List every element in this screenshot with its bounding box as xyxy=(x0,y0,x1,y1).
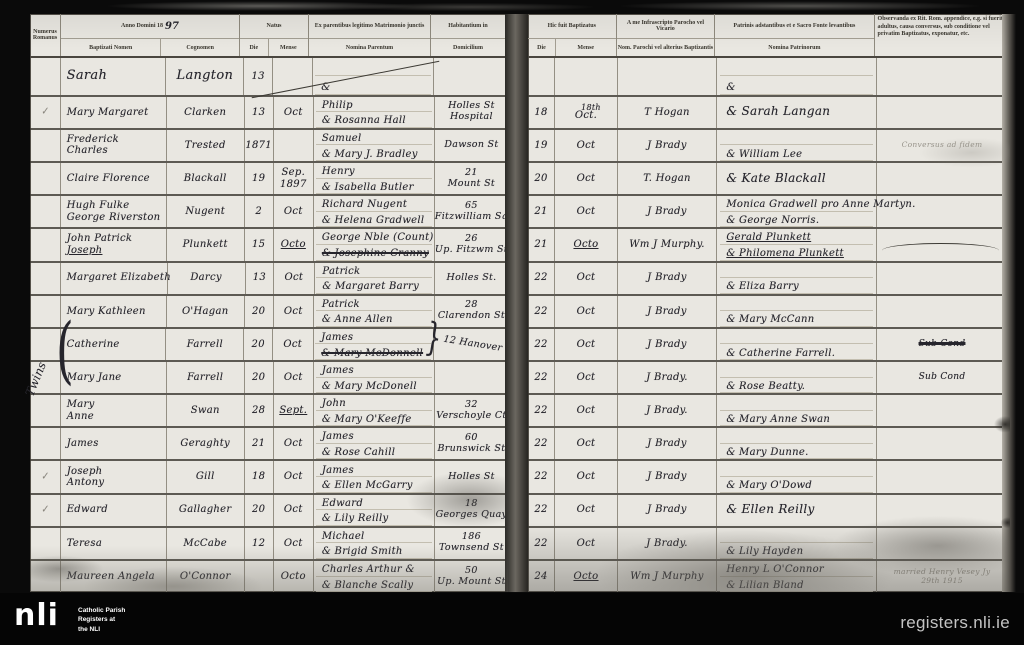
cell-bapt-mense: Oct xyxy=(555,263,618,294)
register-row-right: 22OctJ Brady& Eliza Barry xyxy=(528,263,1010,296)
parent-name: & Mary J. Bradley xyxy=(322,149,418,161)
cognomen-text: Clarken xyxy=(184,107,226,119)
header-domicile-group: Habitantium in Domicilium xyxy=(431,14,505,56)
cell-die: 21 xyxy=(245,428,274,459)
die-text: 15 xyxy=(252,239,265,251)
check-mark: ✓ xyxy=(40,107,50,119)
ruled-line: Charles Arthur & xyxy=(316,561,432,577)
cell-baptizans: J Brady. xyxy=(618,362,717,393)
cell-bapt-die: 19 xyxy=(528,130,555,161)
cell-die: 20 xyxy=(245,362,274,393)
patrinus-name: & Ellen Reilly xyxy=(726,503,814,517)
mense-line: Oct xyxy=(284,538,303,550)
ruled-line: & Josephine Cranny xyxy=(316,245,432,261)
ruled-line xyxy=(720,528,872,544)
cell-check xyxy=(30,263,61,294)
cell-name: Mary Jane xyxy=(61,362,167,393)
cell-check xyxy=(30,163,61,194)
die-text: 19 xyxy=(252,173,265,185)
cell-cognomen: Blackall xyxy=(167,163,245,194)
domicile-line: 21 xyxy=(465,168,478,179)
cell-baptizans: T Hogan xyxy=(618,97,717,128)
register-scan: Numerus Romanus Anno Domini 18 97 Baptiz… xyxy=(0,0,1024,593)
cell-bapt-die: 22 xyxy=(528,329,555,360)
header-anno-group: Anno Domini 18 97 Baptizati Nomen Cognom… xyxy=(61,14,240,56)
header-patrini-group: Patrinis adstantibus et e Sacro Fonte le… xyxy=(715,14,874,56)
header-parents-group: Ex parentibus legitimo Matrimonio juncti… xyxy=(309,14,431,56)
cell-baptizans: J Brady xyxy=(618,495,717,526)
cell-name: Teresa xyxy=(61,528,167,559)
cell-domicile: }12 Hanover St xyxy=(432,323,510,365)
ruled-line: & Mary J. Bradley xyxy=(316,145,432,161)
ruled-line: & William Lee xyxy=(720,145,872,161)
cell-cognomen: O'Connor xyxy=(167,561,245,592)
name-line: Hugh Fulke xyxy=(67,200,130,212)
header-baptizatus-top: Hic fuit Baptizatus xyxy=(528,14,616,38)
parent-name: & Rosanna Hall xyxy=(322,115,406,127)
cell-die: 2 xyxy=(245,196,274,227)
cell-cognomen: Nugent xyxy=(167,196,245,227)
domicile-line: Brunswick St xyxy=(437,444,505,455)
cell-mense: Oct xyxy=(274,495,315,526)
name-line: James xyxy=(67,438,99,450)
mense-line: Oct xyxy=(284,372,303,384)
bapt-mense-line: Oct xyxy=(577,538,596,550)
header-parocho-top: A me Infrascripto Parocho vel Vicario xyxy=(617,14,715,38)
right-page: Hic fuit Baptizatus Die Mense A me Infra… xyxy=(528,14,1010,592)
parent-name: James xyxy=(321,332,353,344)
cell-mense: Oct xyxy=(274,263,314,294)
domicile-line: Clarendon St xyxy=(438,311,505,322)
ruled-line xyxy=(720,395,872,411)
patrinus-name: & Mary McCann xyxy=(726,314,814,326)
parent-name: James xyxy=(322,431,354,443)
bapt-die-text: 20 xyxy=(534,173,547,185)
cell-patrini: & Catherine Farrell. xyxy=(717,329,877,360)
cell-domicile: Holles St xyxy=(435,461,508,492)
cell-mense: Sep.1897 xyxy=(274,163,315,194)
header-patrini-sub: Nomina Patrinorum xyxy=(715,39,873,56)
header-bapt-mense: Mense xyxy=(556,39,616,56)
cell-parents: James& Mary McDonnell xyxy=(314,329,434,360)
parent-name: Philip xyxy=(322,100,353,112)
cell-domicile: 21Mount St xyxy=(435,163,508,194)
cell-baptizans: J Brady. xyxy=(618,395,717,426)
baptizans-name: T. Hogan xyxy=(643,173,691,185)
cell-die: 12 xyxy=(245,528,274,559)
die-text: 21 xyxy=(252,438,265,450)
ruled-line: & Rose Cahill xyxy=(316,444,432,460)
domicile-line: 50 xyxy=(465,566,478,577)
cell-baptizans: J Brady. xyxy=(618,528,717,559)
cell-bapt-mense: Octo xyxy=(555,229,618,260)
bapt-die-text: 22 xyxy=(534,538,547,550)
parent-name: Richard Nugent xyxy=(322,199,407,211)
cell-bapt-die xyxy=(528,58,555,95)
cell-die: 20 xyxy=(245,495,274,526)
cell-baptizans: J Brady xyxy=(618,296,717,327)
cell-mense: Octo xyxy=(274,229,315,260)
register-row-right: 22OctJ Brady& Mary McCann xyxy=(528,296,1010,329)
ruled-line: & Mary O'Keeffe xyxy=(316,411,432,427)
parent-name: & Anne Allen xyxy=(322,314,393,326)
baptizans-name: J Brady. xyxy=(646,372,688,384)
cell-mense: Oct xyxy=(273,329,314,360)
nli-caption-line2: Registers at xyxy=(78,615,125,624)
parent-name: Samuel xyxy=(322,133,362,145)
mense-line: Sep. xyxy=(282,167,306,179)
cell-patrini: & Mary O'Dowd xyxy=(717,461,877,492)
cell-parents: Philip& Rosanna Hall xyxy=(314,97,435,128)
name-line: Frederick xyxy=(67,134,119,146)
parent-name: James xyxy=(322,365,354,377)
ruled-line: & Sarah Langan xyxy=(720,97,872,128)
left-page: Numerus Romanus Anno Domini 18 97 Baptiz… xyxy=(30,14,508,592)
ruled-line: & Lilian Bland xyxy=(720,577,872,593)
check-mark: ✓ xyxy=(40,471,50,483)
patrinus-name: & xyxy=(726,82,735,94)
cell-bapt-mense: Oct xyxy=(555,296,618,327)
cell-cognomen: Trested xyxy=(167,130,245,161)
baptizans-name: J Brady xyxy=(647,504,686,516)
cell-name: FrederickCharles xyxy=(61,130,167,161)
cognomen-text: Nugent xyxy=(185,206,225,218)
cell-mense: Octo xyxy=(274,561,315,592)
ruled-line xyxy=(720,428,872,444)
mense-line: Octo xyxy=(281,571,306,583)
bapt-mense-line: Oct xyxy=(577,405,596,417)
name-line: Mary xyxy=(67,399,95,411)
twins-brace: ( xyxy=(56,315,74,388)
header-natus: Natus xyxy=(240,14,308,38)
observanda-note: Sub Cond xyxy=(919,372,966,382)
cell-check xyxy=(30,561,61,592)
bapt-mense-line: Oct xyxy=(577,173,596,185)
bapt-mense-line: Oct xyxy=(577,306,596,318)
header-numerus: Numerus Romanus xyxy=(30,14,61,56)
die-text: 13 xyxy=(253,272,266,284)
bapt-mense-line: Oct xyxy=(577,339,596,351)
observanda-note: 29th 1915 xyxy=(921,577,963,586)
parent-name: & Mary McDonell xyxy=(322,381,417,393)
cell-name: Mary Margaret xyxy=(61,97,167,128)
observanda-note: Conversus ad fidem xyxy=(902,141,983,150)
bapt-die-text: 22 xyxy=(534,438,547,450)
check-mark: ✓ xyxy=(40,504,50,516)
right-page-body: &1818thOct.T Hogan& Sarah Langan19OctJ B… xyxy=(528,58,1010,592)
bapt-die-text: 18 xyxy=(534,107,547,119)
bapt-mense-line: Oct xyxy=(577,140,596,152)
header-habit-sub: Domicilium xyxy=(431,39,505,56)
cell-observanda xyxy=(877,395,1007,426)
name-line: Sarah xyxy=(67,69,108,84)
register-row-right: 22OctJ Brady.& Rose Beatty.Sub Cond xyxy=(528,362,1010,395)
cell-parents: James& Mary McDonell xyxy=(314,362,435,393)
cell-bapt-mense: Oct xyxy=(555,428,618,459)
cell-bapt-die: 22 xyxy=(528,461,555,492)
patrinus-name: & Lilian Bland xyxy=(726,580,803,592)
ruled-line: & Margaret Barry xyxy=(316,278,432,294)
cell-cognomen: Gill xyxy=(167,461,245,492)
baptizans-name: J Brady. xyxy=(646,538,688,550)
bapt-mense-line: Oct xyxy=(577,471,596,483)
nli-caption-line1: Catholic Parish xyxy=(78,606,125,615)
baptizans-name: T Hogan xyxy=(644,107,690,119)
name-line: Teresa xyxy=(67,538,102,550)
cognomen-text: Geraghty xyxy=(180,438,230,450)
ruled-line: James xyxy=(316,362,432,378)
parent-name: John xyxy=(322,398,346,410)
name-line: George Riverston xyxy=(67,212,161,224)
parent-name: & Lily Reilly xyxy=(322,513,389,525)
parent-name: & Blanche Scally xyxy=(322,580,413,592)
cognomen-text: Farrell xyxy=(187,372,223,384)
domicile-line: Georges Quay xyxy=(436,510,508,521)
cell-mense: Oct xyxy=(274,528,315,559)
cell-die: 20 xyxy=(245,296,274,327)
cell-cognomen: Darcy xyxy=(168,263,246,294)
name-line: Joseph xyxy=(67,466,103,478)
name-line: Edward xyxy=(67,504,108,516)
cell-bapt-die: 24 xyxy=(528,561,555,592)
cell-bapt-die: 22 xyxy=(528,528,555,559)
ruled-line: James xyxy=(315,329,431,345)
cognomen-text: O'Hagan xyxy=(182,306,229,318)
header-cognomen: Cognomen xyxy=(161,39,239,56)
cell-name: JosephAntony xyxy=(61,461,167,492)
ruled-line: & Rosanna Hall xyxy=(316,112,432,128)
cell-observanda: Sub Cond xyxy=(877,362,1007,393)
patrinus-name: Henry L O'Connor xyxy=(726,564,824,576)
mense-line: Oct xyxy=(285,272,304,284)
cell-bapt-mense: Oct xyxy=(555,495,618,526)
cell-observanda xyxy=(877,528,1007,559)
site-watermark: registers.nli.ie xyxy=(900,613,1010,633)
register-row-left: FrederickCharlesTrested1871Samuel& Mary … xyxy=(30,130,508,163)
cell-bapt-die: 22 xyxy=(528,296,555,327)
cell-die: 18 xyxy=(245,461,274,492)
ruled-line: & George Norris. xyxy=(720,212,872,228)
register-row-right: 22OctJ Brady.& Mary Anne Swan xyxy=(528,395,1010,428)
baptizans-name: J Brady xyxy=(647,438,686,450)
cell-patrini: & Rose Beatty. xyxy=(717,362,877,393)
mense-line: Oct xyxy=(284,504,303,516)
bapt-die-text: 24 xyxy=(534,571,547,583)
cell-observanda xyxy=(877,229,1007,260)
bapt-die-text: 22 xyxy=(534,306,547,318)
cell-check xyxy=(30,196,61,227)
domicile-line: Verschoyle Ct xyxy=(436,411,506,422)
patrinus-name: & Kate Blackall xyxy=(726,172,826,186)
cell-observanda xyxy=(877,296,1007,327)
die-text: 2 xyxy=(255,206,262,218)
cognomen-text: Swan xyxy=(191,405,220,417)
cell-parents: James& Rose Cahill xyxy=(314,428,435,459)
bapt-die-text: 21 xyxy=(534,206,547,218)
cell-patrini: & Mary Anne Swan xyxy=(717,395,877,426)
parent-name: & Ellen McGarry xyxy=(322,480,413,492)
ruled-line: Edward xyxy=(316,495,432,511)
ruled-line: James xyxy=(316,461,432,477)
name-line: Claire Florence xyxy=(67,173,150,185)
cell-mense: Oct xyxy=(274,296,315,327)
cell-mense: Oct xyxy=(274,428,315,459)
register-row-right: 22OctJ Brady& Ellen Reilly xyxy=(528,495,1010,528)
ruled-line: Patrick xyxy=(316,263,432,279)
cell-observanda: Sub Cond xyxy=(877,329,1007,360)
baptizans-name: J Brady xyxy=(647,339,686,351)
cell-cognomen: Gallagher xyxy=(167,495,245,526)
mense-line: Oct xyxy=(284,107,303,119)
cell-patrini: & Sarah Langan xyxy=(717,97,877,128)
die-text: 20 xyxy=(252,339,265,351)
cell-bapt-mense xyxy=(555,58,618,95)
domicile-line: Up. Fitzwm St xyxy=(435,245,508,256)
mense-line: Sept. xyxy=(279,405,307,417)
cell-baptizans: J Brady xyxy=(618,263,717,294)
ruled-line: & Eliza Barry xyxy=(720,278,872,294)
cell-cognomen: Swan xyxy=(167,395,245,426)
bapt-die-text: 22 xyxy=(534,405,547,417)
parent-name: & Helena Gradwell xyxy=(322,215,425,227)
cell-die: 1871 xyxy=(245,130,274,161)
parent-name: & Brigid Smith xyxy=(322,546,403,558)
name-line: Anne xyxy=(67,411,94,423)
cell-patrini: & William Lee xyxy=(717,130,877,161)
ruled-line: George Nble (Count) xyxy=(316,229,432,245)
ruled-line: James xyxy=(316,428,432,444)
cell-domicile: 186Townsend St xyxy=(435,528,508,559)
cognomen-text: Gallagher xyxy=(179,504,232,516)
header-parents-sub: Nomina Parentum xyxy=(309,39,430,56)
cell-domicile: 32Verschoyle Ct xyxy=(435,395,508,426)
mense-line: Oct xyxy=(284,471,303,483)
cell-check xyxy=(30,528,61,559)
domicile-line: Mount St xyxy=(448,179,495,190)
parent-name: James xyxy=(322,465,354,477)
ruled-line: Samuel xyxy=(316,130,432,146)
bapt-die-text: 19 xyxy=(534,140,547,152)
parent-name: & Margaret Barry xyxy=(322,281,419,293)
cell-parents: George Nble (Count)& Josephine Cranny xyxy=(314,229,435,260)
cell-name: Margaret Elizabeth xyxy=(61,263,168,294)
pen-curve xyxy=(882,243,999,258)
cell-parents: John& Mary O'Keeffe xyxy=(314,395,435,426)
baptizans-name: J Brady xyxy=(647,206,686,218)
cell-baptizans: J Brady xyxy=(618,428,717,459)
baptizans-name: J Brady xyxy=(647,140,686,152)
parent-name: & Mary O'Keeffe xyxy=(322,414,412,426)
cell-check: ✓ xyxy=(30,495,61,526)
header-die: Die xyxy=(240,39,269,56)
cognomen-text: Blackall xyxy=(184,173,227,185)
register-row-right: 21OctJ BradyMonica Gradwell pro Anne Mar… xyxy=(528,196,1010,229)
cell-parents: & xyxy=(313,58,433,95)
cognomen-text: Trested xyxy=(185,140,226,152)
cell-cognomen: Farrell xyxy=(166,329,244,360)
name-line: Joseph xyxy=(67,245,103,257)
cell-name: MaryAnne xyxy=(61,395,167,426)
cell-bapt-mense: Octo xyxy=(555,561,618,592)
nli-caption-line3: the NLI xyxy=(78,625,125,634)
die-text: 13 xyxy=(252,71,265,83)
cell-domicile: 18Georges Quay xyxy=(435,495,508,526)
register-row-left: Maureen AngelaO'ConnorOctoCharles Arthur… xyxy=(30,561,508,592)
cell-domicile: Holles StHospital xyxy=(435,97,508,128)
scan-top-smudge xyxy=(0,0,1024,15)
ruled-line: Philip xyxy=(316,97,432,113)
name-line: John Patrick xyxy=(67,233,133,245)
cell-parents: Michael& Brigid Smith xyxy=(314,528,435,559)
cell-patrini: & Eliza Barry xyxy=(717,263,877,294)
ruled-line: & Mary Dunne. xyxy=(720,444,872,460)
register-row-right: 24OctoWm J MurphyHenry L O'Connor& Lilia… xyxy=(528,561,1010,592)
cell-die: 28 xyxy=(245,395,274,426)
cell-observanda xyxy=(877,495,1007,526)
ruled-line: & Blanche Scally xyxy=(316,577,432,593)
cell-mense: Oct xyxy=(274,362,315,393)
cell-domicile: 28Clarendon St xyxy=(435,296,508,327)
patrinus-name: & Sarah Langan xyxy=(726,105,830,119)
cell-cognomen: Geraghty xyxy=(167,428,245,459)
baptizans-name: J Brady xyxy=(647,471,686,483)
bapt-die-text: 21 xyxy=(534,239,547,251)
cell-baptizans: Wm J Murphy. xyxy=(618,229,717,260)
register-row-right: 1818thOct.T Hogan& Sarah Langan xyxy=(528,97,1010,130)
ruled-line: & Isabella Butler xyxy=(316,179,432,195)
bapt-mense-line: Oct. xyxy=(575,110,597,122)
ruled-line: Henry L O'Connor xyxy=(720,561,872,577)
cell-name: James xyxy=(61,428,167,459)
cell-parents: James& Ellen McGarry xyxy=(314,461,435,492)
cell-die: 13 xyxy=(245,97,274,128)
observanda-note: Sub Cond xyxy=(919,339,966,349)
cell-die: 19 xyxy=(245,163,274,194)
cell-cognomen: O'Hagan xyxy=(167,296,245,327)
footer-bar: nli Catholic Parish Registers at the NLI… xyxy=(0,593,1024,645)
domicile-line: Hospital xyxy=(450,112,493,123)
bapt-die-text: 22 xyxy=(534,504,547,516)
register-row-right: 22OctJ Brady& Catherine Farrell.Sub Cond xyxy=(528,329,1010,362)
cell-observanda xyxy=(877,163,1007,194)
bapt-mense-line: Oct xyxy=(577,372,596,384)
cell-cognomen: Farrell xyxy=(167,362,245,393)
mense-line: Oct xyxy=(284,438,303,450)
cell-observanda: married Henry Vesey Jy29th 1915 xyxy=(877,561,1007,592)
cell-bapt-die: 22 xyxy=(528,362,555,393)
cell-cognomen: Plunkett xyxy=(167,229,245,260)
patrinus-name: & George Norris. xyxy=(726,215,819,227)
ruled-line: Richard Nugent xyxy=(316,196,432,212)
cell-bapt-die: 18 xyxy=(528,97,555,128)
cell-die xyxy=(245,561,274,592)
ruled-line: Monica Gradwell pro Anne Martyn. xyxy=(720,196,872,212)
cell-name: Catherine xyxy=(61,329,167,360)
register-row-left: Margaret ElizabethDarcy13OctPatrick& Mar… xyxy=(30,263,508,296)
cell-baptizans xyxy=(618,58,717,95)
cell-check xyxy=(30,428,61,459)
ruled-line: & xyxy=(720,76,872,94)
cell-cognomen: Clarken xyxy=(167,97,245,128)
bapt-die-text: 22 xyxy=(534,471,547,483)
domicile-line: Holles St xyxy=(448,472,495,483)
header-bapt-die: Die xyxy=(528,39,556,56)
bapt-mense-line: Octo xyxy=(573,571,598,583)
cell-name: Mary Kathleen xyxy=(61,296,167,327)
cell-observanda xyxy=(877,461,1007,492)
bapt-die-text: 22 xyxy=(534,372,547,384)
bapt-mense-line: Oct xyxy=(577,272,596,284)
